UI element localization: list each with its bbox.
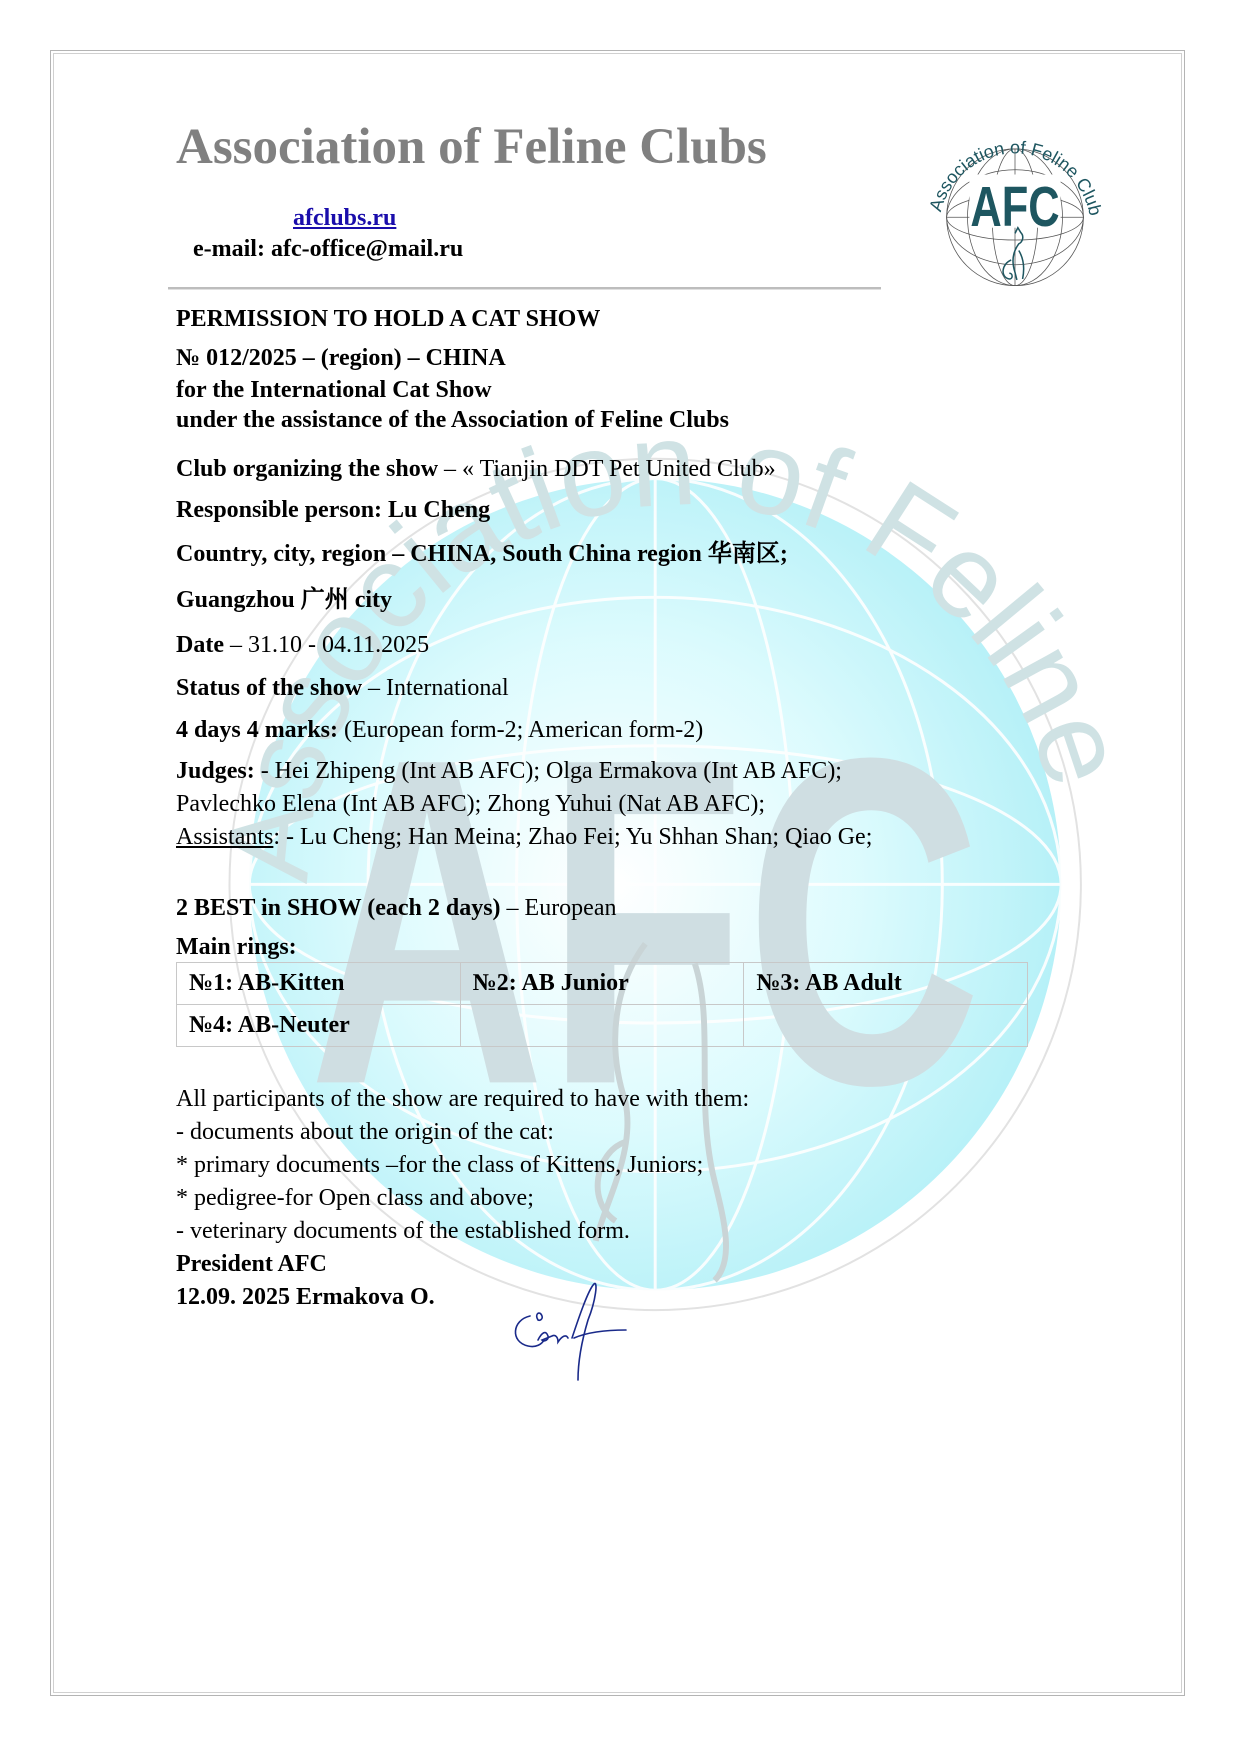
club-line: Club organizing the show – « Tianjin DDT… bbox=[176, 449, 1056, 489]
ring-cell bbox=[460, 1005, 744, 1047]
date-label: Date bbox=[176, 632, 224, 658]
status-label: Status of the show bbox=[176, 675, 362, 701]
city-line: Guangzhou 广州 city bbox=[176, 577, 1056, 623]
best-in-show-label: 2 BEST in SHOW (each 2 days) bbox=[176, 895, 501, 921]
assistants-line: Assistants: - Lu Cheng; Han Meina; Zhao … bbox=[176, 821, 1056, 854]
status-line: Status of the show – International bbox=[176, 667, 1056, 709]
judges-line-2: Pavlechko Elena (Int AB AFC); Zhong Yuhu… bbox=[176, 788, 1056, 821]
show-type: for the International Cat Show bbox=[176, 375, 1056, 405]
date-sep: – bbox=[224, 632, 248, 658]
status-sep: – bbox=[362, 675, 386, 701]
permission-document-body: PERMISSION TO HOLD A CAT SHOW № 012/2025… bbox=[176, 300, 1056, 1314]
table-row: №4: AB-Neuter bbox=[177, 1005, 1028, 1047]
afc-logo: Association of Feline Clubs AFC bbox=[920, 108, 1110, 298]
club-sep: – bbox=[438, 456, 462, 482]
requirement-item: - veterinary documents of the establishe… bbox=[176, 1215, 1056, 1248]
responsible-person: Responsible person: Lu Cheng bbox=[176, 489, 1056, 531]
assistance-line: under the assistance of the Association … bbox=[176, 405, 1056, 435]
main-rings-label: Main rings: bbox=[176, 930, 1056, 964]
date-line: Date – 31.10 - 04.11.2025 bbox=[176, 623, 1056, 667]
table-row: №1: AB-Kitten №2: AB Junior №3: AB Adult bbox=[177, 963, 1028, 1005]
marks-line: 4 days 4 marks: (European form-2; Americ… bbox=[176, 709, 1056, 751]
date-value: 31.10 - 04.11.2025 bbox=[248, 632, 429, 658]
ring-cell: №4: AB-Neuter bbox=[177, 1005, 461, 1047]
location-line: Country, city, region – CHINA, South Chi… bbox=[176, 531, 1056, 577]
requirements-intro: All participants of the show are require… bbox=[176, 1083, 1056, 1116]
assistants-label: Assistants bbox=[176, 824, 273, 850]
website-link[interactable]: afclubs.ru bbox=[293, 205, 396, 232]
requirement-item: * primary documents –for the class of Ki… bbox=[176, 1149, 1056, 1182]
header-divider bbox=[168, 287, 881, 290]
requirement-item: * pedigree-for Open class and above; bbox=[176, 1182, 1056, 1215]
club-label: Club organizing the show bbox=[176, 456, 438, 482]
ring-cell bbox=[744, 1005, 1028, 1047]
best-in-show-value: European bbox=[525, 895, 617, 921]
main-rings-table: №1: AB-Kitten №2: AB Junior №3: AB Adult… bbox=[176, 962, 1028, 1047]
marks-label: 4 days 4 marks: bbox=[176, 717, 338, 743]
permission-number: № 012/2025 – (region) – CHINA bbox=[176, 342, 1056, 375]
judges-list-1: - Hei Zhipeng (Int AB AFC); Olga Ermakov… bbox=[255, 758, 842, 784]
ring-cell: №2: AB Junior bbox=[460, 963, 744, 1005]
assistants-list: : - Lu Cheng; Han Meina; Zhao Fei; Yu Sh… bbox=[273, 824, 872, 850]
judges-line-1: Judges: - Hei Zhipeng (Int AB AFC); Olga… bbox=[176, 755, 1056, 788]
status-value: International bbox=[386, 675, 509, 701]
best-in-show-sep: – bbox=[501, 895, 525, 921]
organization-title: Association of Feline Clubs bbox=[176, 118, 767, 176]
club-name: « Tianjin DDT Pet United Club» bbox=[462, 456, 776, 482]
marks-value: (European form-2; American form-2) bbox=[338, 717, 703, 743]
requirement-item: - documents about the origin of the cat: bbox=[176, 1116, 1056, 1149]
signatory-role: President AFC bbox=[176, 1248, 1056, 1281]
logo-acronym: AFC bbox=[970, 175, 1059, 239]
best-in-show-line: 2 BEST in SHOW (each 2 days) – European bbox=[176, 888, 1056, 928]
contact-email: e-mail: afc-office@mail.ru bbox=[193, 236, 463, 263]
document-heading: PERMISSION TO HOLD A CAT SHOW bbox=[176, 300, 1056, 338]
ring-cell: №3: AB Adult bbox=[744, 963, 1028, 1005]
ring-cell: №1: AB-Kitten bbox=[177, 963, 461, 1005]
signature-icon bbox=[508, 1280, 658, 1390]
judges-label: Judges: bbox=[176, 758, 255, 784]
